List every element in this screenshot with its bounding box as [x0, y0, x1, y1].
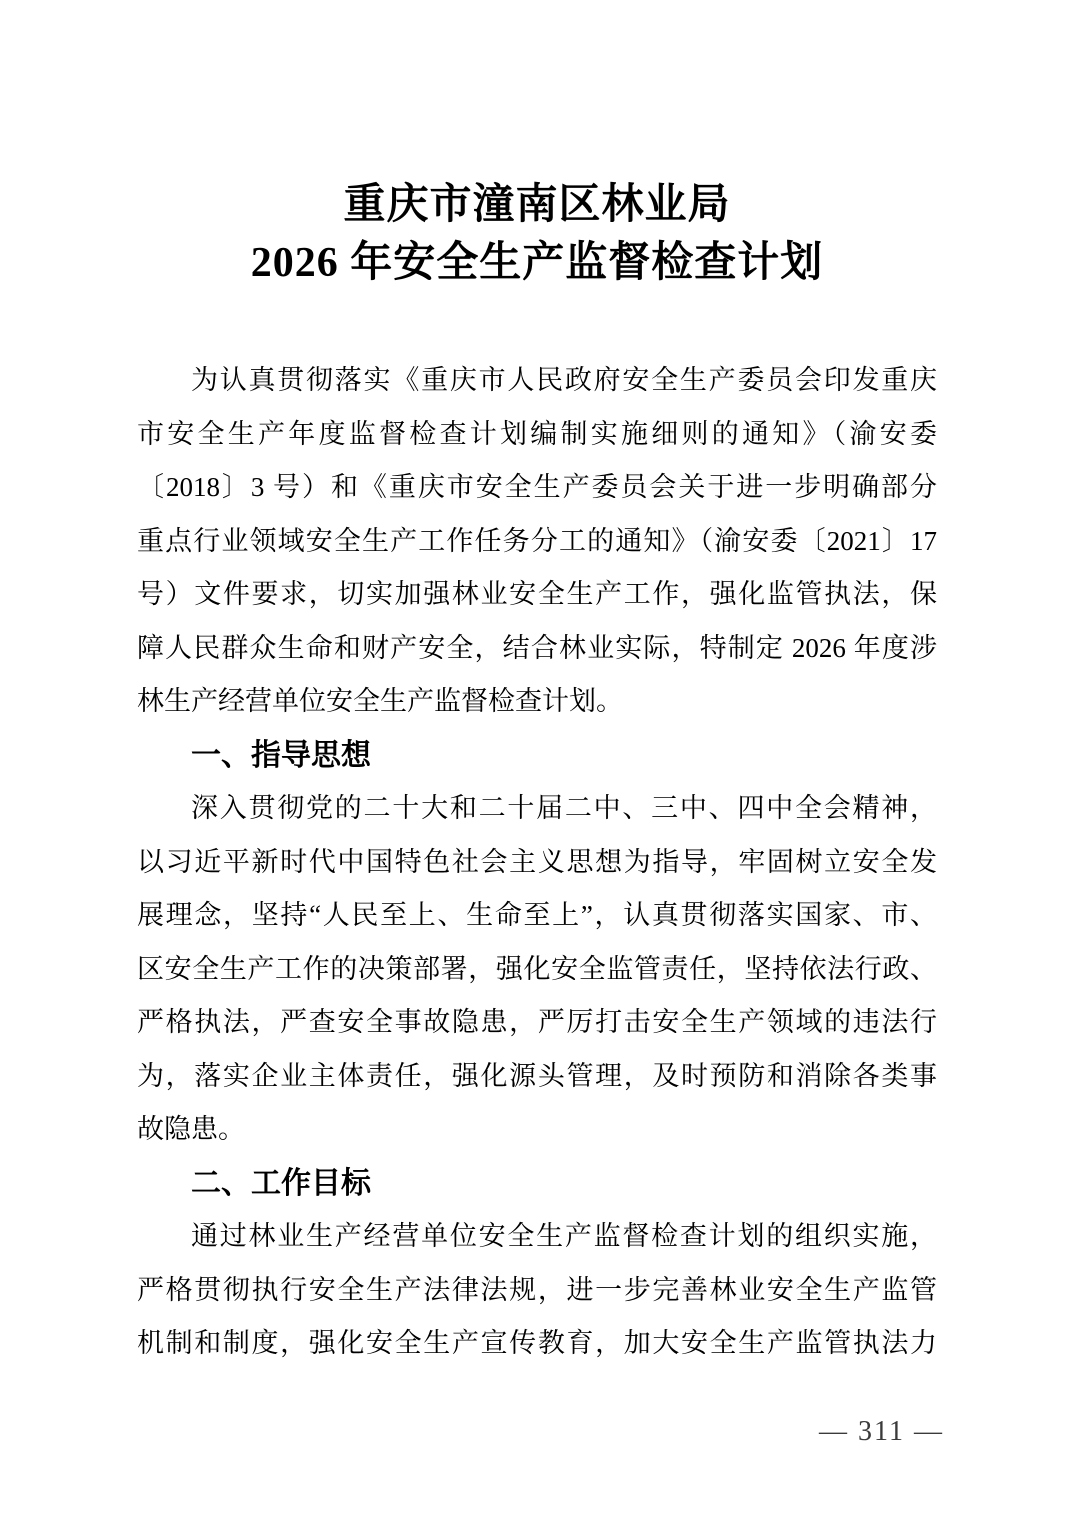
document-page: 重庆市潼南区林业局 2026 年安全生产监督检查计划 为认真贯彻落实《重庆市人民… — [0, 0, 1074, 1520]
body-line: 严格贯彻执行安全生产法律法规，进一步完善林业安全生产监管 — [137, 1264, 937, 1318]
body-line: 区安全生产工作的决策部署，强化安全监管责任，坚持依法行政、 — [137, 943, 937, 997]
body-line: 市安全生产年度监督检查计划编制实施细则的通知》（渝安委 — [137, 408, 937, 462]
page-number: — 311 — — [819, 1416, 944, 1448]
document-body: 为认真贯彻落实《重庆市人民政府安全生产委员会印发重庆市安全生产年度监督检查计划编… — [137, 354, 937, 1371]
section-heading: 一、指导思想 — [137, 729, 937, 783]
body-line: 障人民群众生命和财产安全，结合林业实际，特制定 2026 年度涉 — [137, 622, 937, 676]
body-line: 展理念，坚持“人民至上、生命至上”，认真贯彻落实国家、市、 — [137, 889, 937, 943]
body-line: 以习近平新时代中国特色社会主义思想为指导，牢固树立安全发 — [137, 836, 937, 890]
body-line: 通过林业生产经营单位安全生产监督检查计划的组织实施， — [137, 1210, 937, 1264]
body-line: 深入贯彻党的二十大和二十届二中、三中、四中全会精神， — [137, 782, 937, 836]
body-line: 为认真贯彻落实《重庆市人民政府安全生产委员会印发重庆 — [137, 354, 937, 408]
document-title-line-2: 2026 年安全生产监督检查计划 — [0, 234, 1074, 292]
document-title-line-1: 重庆市潼南区林业局 — [0, 176, 1074, 234]
body-line: 故隐患。 — [137, 1103, 937, 1157]
body-line: 机制和制度，强化安全生产宣传教育，加大安全生产监管执法力 — [137, 1317, 937, 1371]
section-heading: 二、工作目标 — [137, 1157, 937, 1211]
body-line: 为，落实企业主体责任，强化源头管理，及时预防和消除各类事 — [137, 1050, 937, 1104]
body-line: 号）文件要求，切实加强林业安全生产工作，强化监管执法，保 — [137, 568, 937, 622]
document-title: 重庆市潼南区林业局 2026 年安全生产监督检查计划 — [0, 0, 1074, 292]
body-line: 严格执法，严查安全事故隐患，严厉打击安全生产领域的违法行 — [137, 996, 937, 1050]
body-line: 〔2018〕3 号）和《重庆市安全生产委员会关于进一步明确部分 — [137, 461, 937, 515]
body-line: 林生产经营单位安全生产监督检查计划。 — [137, 675, 937, 729]
body-line: 重点行业领域安全生产工作任务分工的通知》（渝安委〔2021〕17 — [137, 515, 937, 569]
